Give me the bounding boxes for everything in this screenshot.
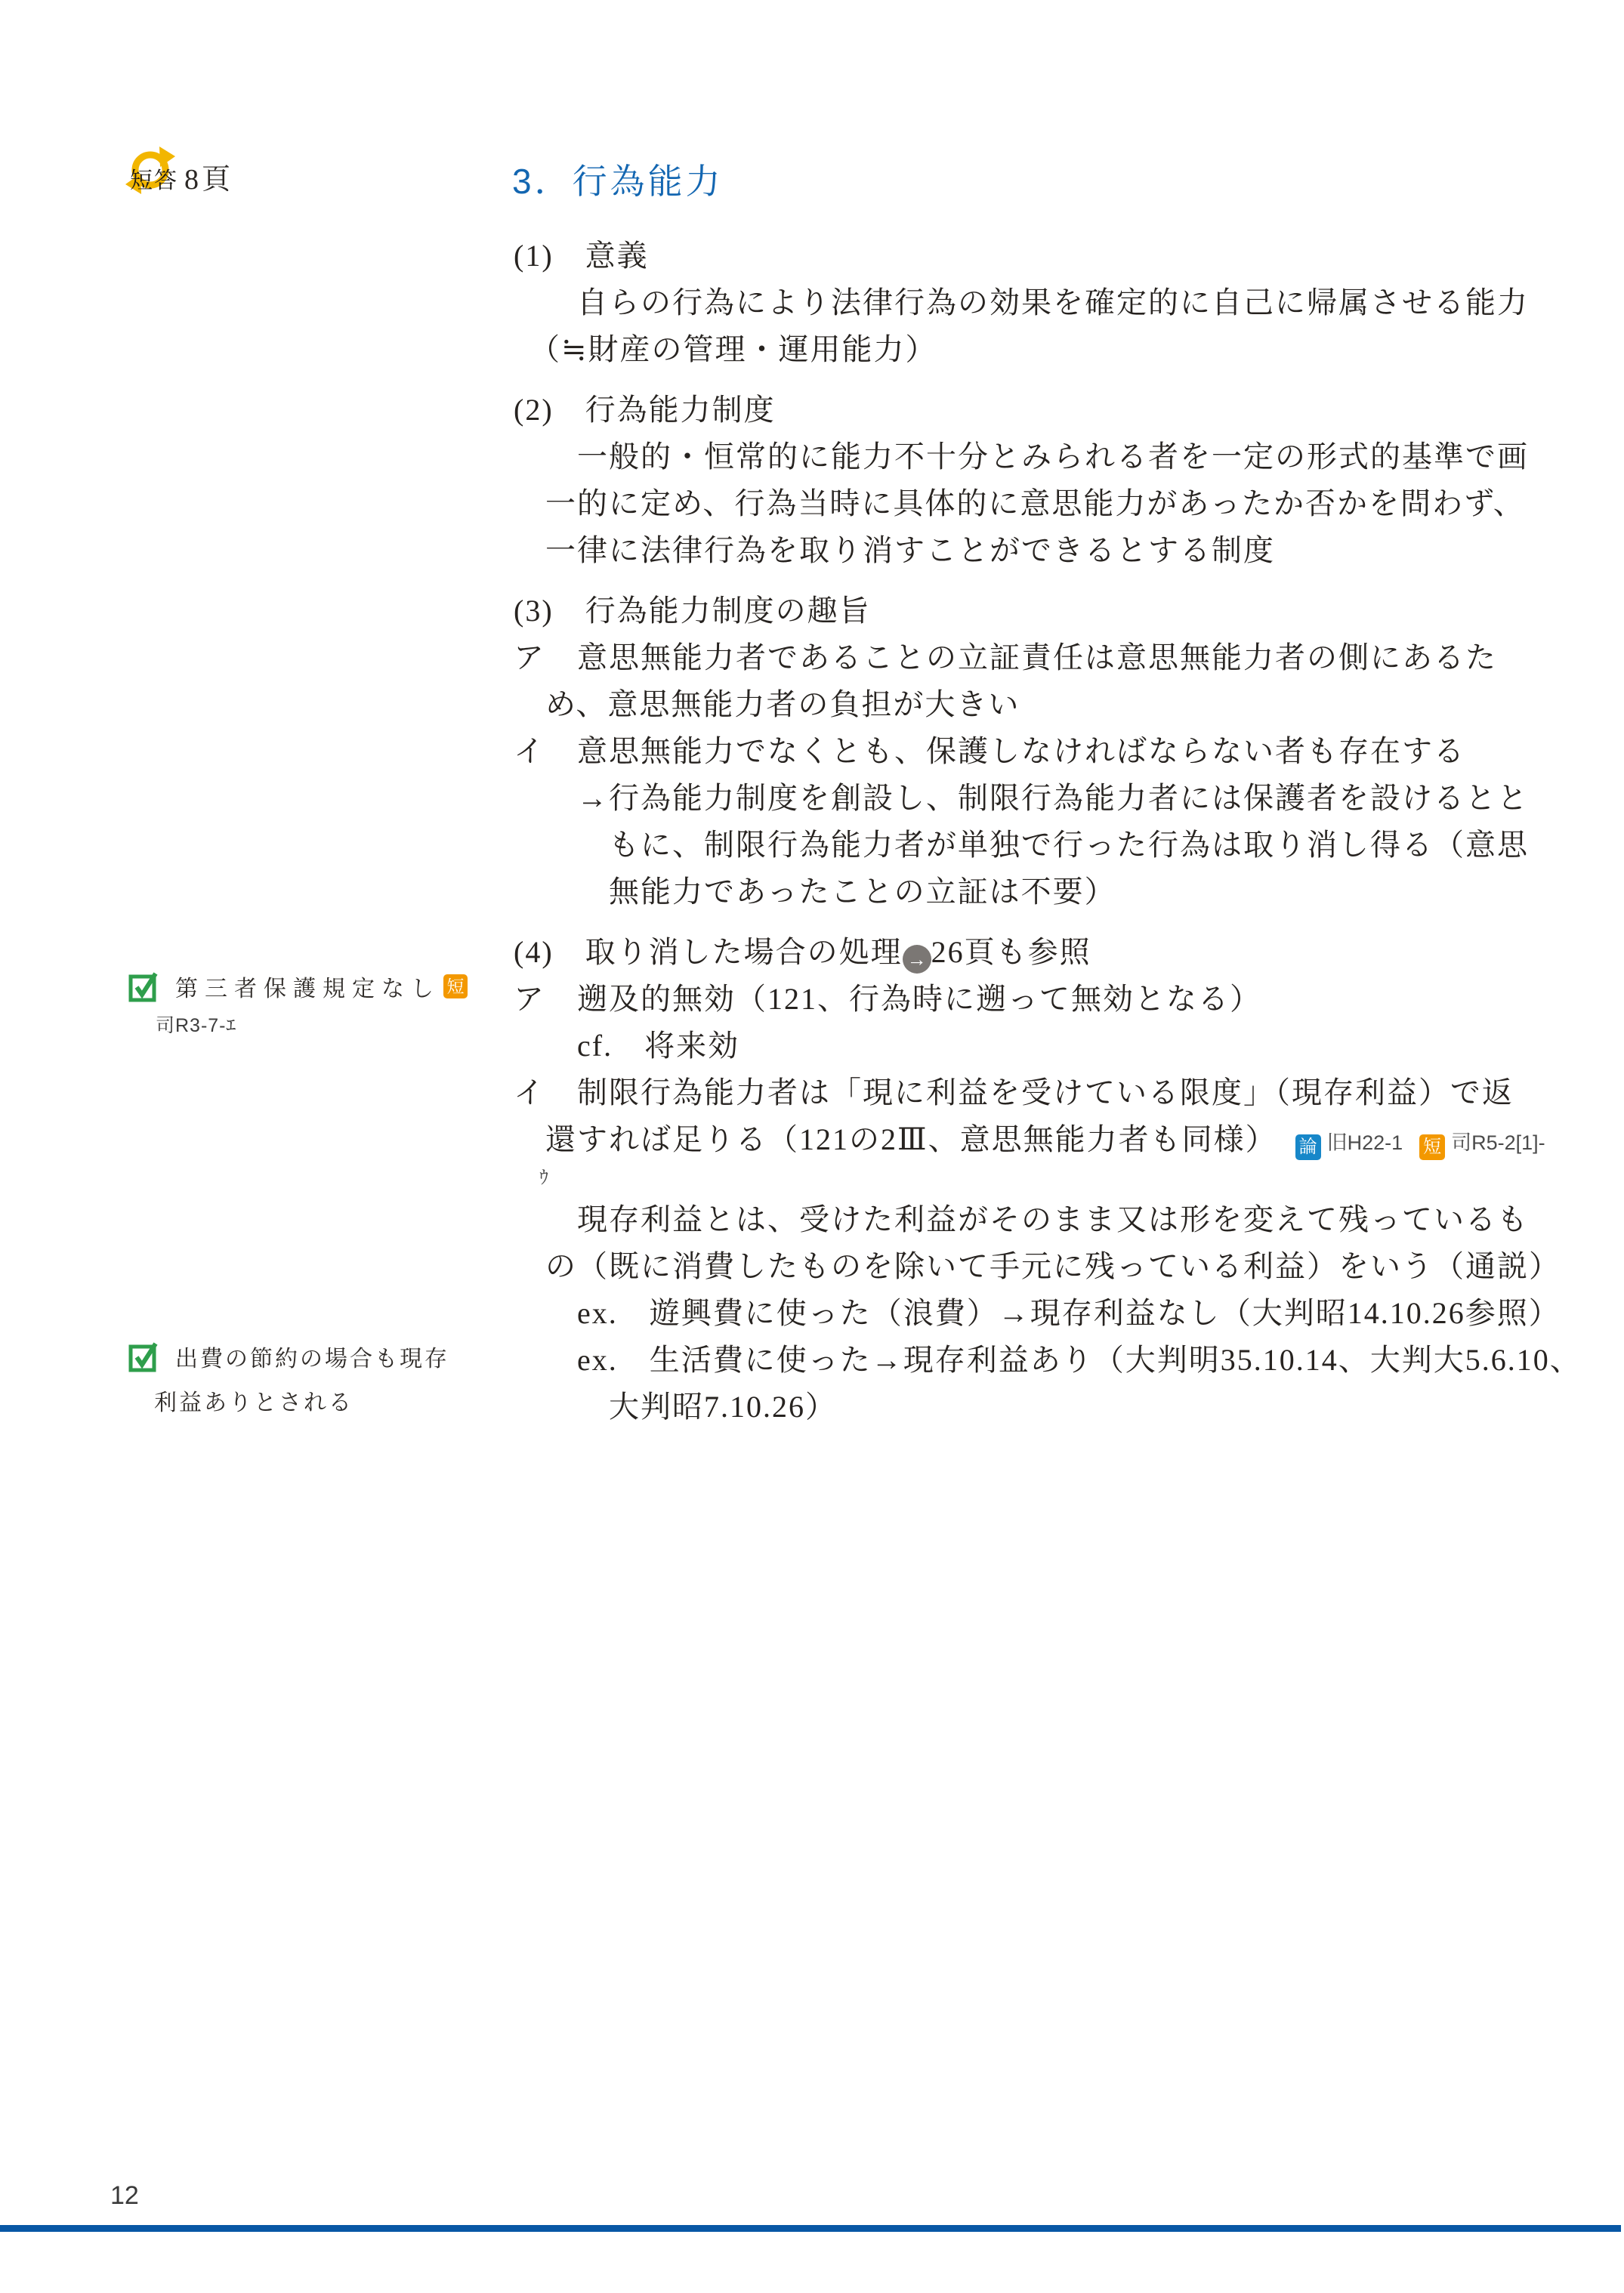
marker-label: 短答 <box>130 162 178 195</box>
text-line: 自らの行為により法律行為の効果を確定的に自己に帰属させる能力 <box>514 279 1586 326</box>
margin-note-text: 利益ありとされる <box>128 1384 510 1417</box>
checked-checkbox-icon <box>128 1340 160 1373</box>
margin-note: 第三者保護規定なし 短 司R3-7-ｴ <box>128 970 510 1038</box>
text-line: イ 意思無能力でなくとも、保護しなければならない者も存在する <box>514 728 1586 775</box>
text-segment: 26頁も参照 <box>931 935 1091 969</box>
text-line: もに、制限行為能力者が単独で行った行為は取り消し得る（意思 <box>514 822 1586 869</box>
tan-short-answer-badge: 短 <box>443 974 468 998</box>
text-line: 一律に法律行為を取り消すことができるとする制度 <box>514 527 1586 574</box>
section-1-label: (1) 意義 <box>514 233 1586 279</box>
text-line: （≒財産の管理・運用能力） <box>514 326 1586 373</box>
text-line: イ 制限行為能力者は「現に利益を受けている限度」（現存利益）で返 <box>514 1069 1586 1116</box>
text-line: 現存利益とは、受けた利益がそのまま又は形を変えて残っているも <box>514 1196 1586 1243</box>
exam-ref: 旧H22-1 <box>1327 1131 1403 1154</box>
exam-ref: 司R3-7-ｴ <box>128 1011 510 1038</box>
text-line: の（既に消費したものを除いて手元に残っている利益）をいう（通説） <box>514 1243 1586 1290</box>
exam-ref: 司R5-2[1]- <box>1451 1131 1545 1154</box>
text-line: 一的に定め、行為当時に具体的に意思能力があったか否かを問わず、 <box>514 480 1586 527</box>
exam-ref-continuation: ｳ <box>514 1163 1586 1196</box>
section-3-label: (3) 行為能力制度の趣旨 <box>514 588 1586 634</box>
text-line: 大判昭7.10.26） <box>514 1384 1586 1430</box>
text-line: 一般的・恒常的に能力不十分とみられる者を一定の形式的基準で画 <box>514 434 1586 480</box>
text-line: cf. 将来効 <box>514 1023 1586 1069</box>
text-line: 無能力であったことの立証は不要） <box>514 869 1586 915</box>
text-line: ex. 生活費に使った→現存利益あり（大判明35.10.14、大判大5.6.10… <box>514 1337 1586 1384</box>
tan-short-answer-badge: 短 <box>1419 1134 1445 1160</box>
textbook-page: 短答 8頁 3．行為能力 (1) 意義 自らの行為により法律行為の効果を確定的に… <box>0 0 1624 2293</box>
section-4-label: (4) 取り消した場合の処理→26頁も参照 <box>514 929 1586 976</box>
text-segment: (4) 取り消した場合の処理 <box>514 935 903 969</box>
goto-page-icon: → <box>903 945 931 974</box>
page-number: 12 <box>110 2181 139 2211</box>
chapter-heading: 3．行為能力 <box>512 154 724 204</box>
margin-note-text: 第三者保護規定なし <box>175 970 440 1003</box>
text-line: →行為能力制度を創設し、制限行為能力者には保護者を設けるとと <box>514 775 1586 822</box>
tanto-page-marker: 短答 8頁 <box>125 147 307 207</box>
text-line: ア 意思無能力者であることの立証責任は意思無能力者の側にあるた <box>514 634 1586 681</box>
footer-rule <box>0 2225 1621 2232</box>
checked-checkbox-icon <box>128 970 160 1003</box>
text-line: ex. 遊興費に使った（浪費）→現存利益なし（大判昭14.10.26参照） <box>514 1290 1586 1337</box>
text-line-with-refs: 還すれば足りる（121の2Ⅲ、意思無能力者も同様）論旧H22-1短司R5-2[1… <box>514 1116 1586 1163</box>
marker-page-ref: 8頁 <box>184 156 233 197</box>
text-line: ア 遡及的無効（121、行為時に遡って無効となる） <box>514 976 1586 1023</box>
margin-note: 出費の節約の場合も現存 利益ありとされる <box>128 1340 510 1417</box>
ron-essay-exam-badge: 論 <box>1295 1134 1321 1160</box>
section-2-label: (2) 行為能力制度 <box>514 387 1586 434</box>
main-text-column: (1) 意義 自らの行為により法律行為の効果を確定的に自己に帰属させる能力 （≒… <box>514 233 1586 1430</box>
text-line: め、意思無能力者の負担が大きい <box>514 681 1586 728</box>
margin-note-text: 出費の節約の場合も現存 <box>175 1340 449 1373</box>
text-segment: 還すれば足りる（121の2Ⅲ、意思無能力者も同様） <box>514 1122 1277 1156</box>
